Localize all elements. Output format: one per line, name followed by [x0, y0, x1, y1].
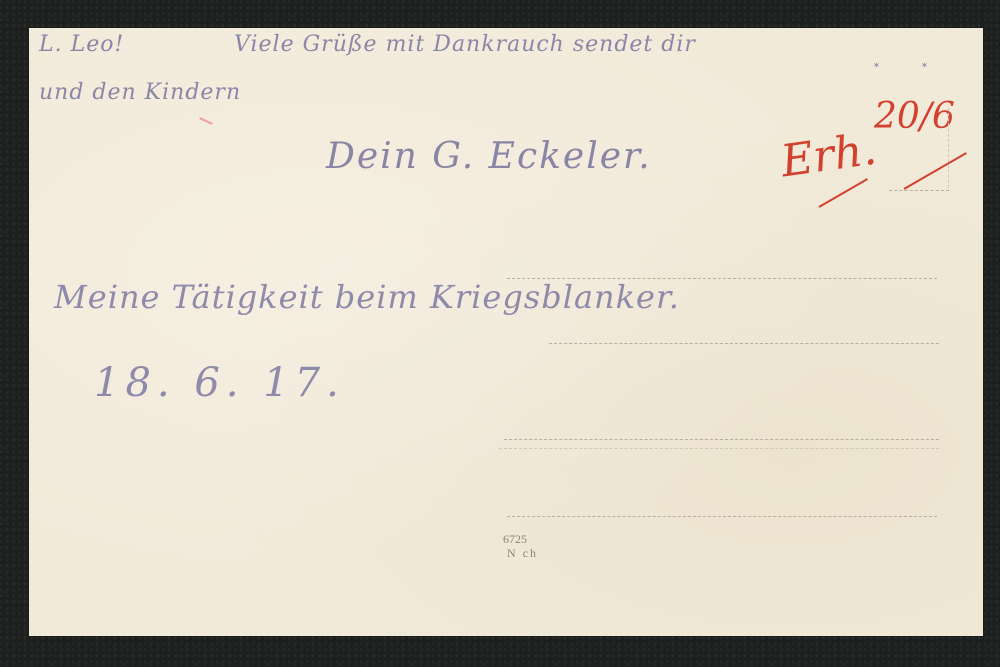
- address-line-2: [549, 343, 939, 344]
- postcard-back: L. Leo! Viele Grüße mit Dankrauch sendet…: [29, 28, 983, 636]
- address-line-3: [504, 439, 939, 440]
- salutation: L. Leo!: [39, 32, 124, 57]
- address-line-3b: [499, 448, 939, 449]
- signature: Dein G. Eckeler.: [326, 136, 652, 177]
- activity-line: Meine Tätigkeit beim Kriegsblanker.: [54, 278, 680, 316]
- stamp-box-bottom: [889, 190, 949, 191]
- address-line-4: [507, 516, 937, 517]
- star-mark-icon: *: [874, 62, 879, 73]
- red-underline-left: [819, 178, 868, 208]
- received-annotation: Erh.: [778, 124, 880, 188]
- written-date: 18. 6. 17.: [94, 360, 345, 406]
- pink-mark: [199, 117, 213, 125]
- stamp-box-border: [948, 108, 949, 188]
- received-date: 20/6: [874, 96, 955, 137]
- star-mark-icon: *: [922, 62, 927, 73]
- message-line-2: und den Kindern: [39, 80, 241, 105]
- message-line-1: Viele Grüße mit Dankrauch sendet dir: [234, 32, 696, 57]
- print-code: 6725: [503, 532, 538, 546]
- red-underline-right: [904, 152, 967, 190]
- publisher-imprint: 6725 N ch: [503, 532, 538, 560]
- print-imprint: N ch: [503, 546, 538, 560]
